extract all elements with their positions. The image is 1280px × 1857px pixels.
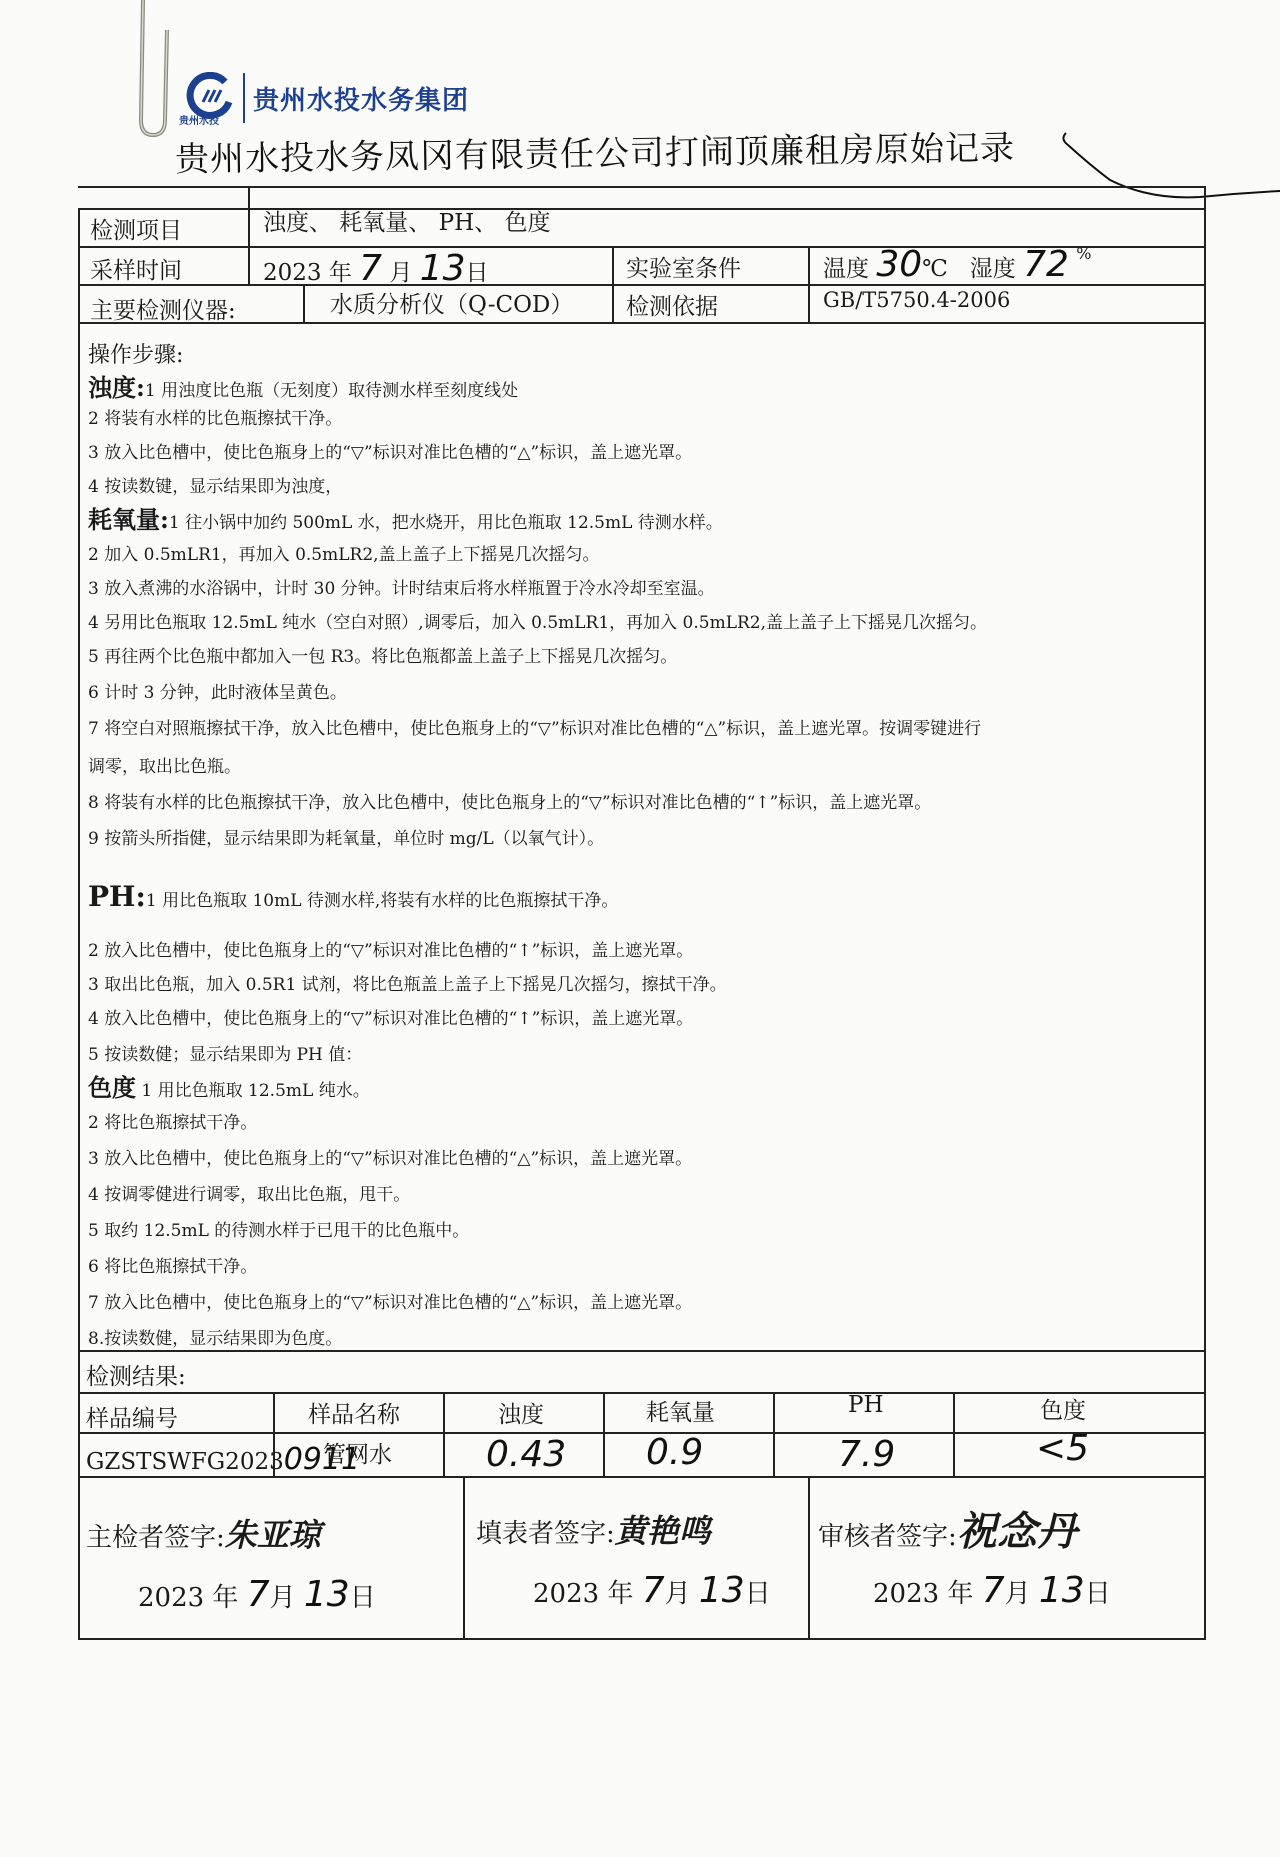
instrument-label: 主要检测仪器: — [90, 292, 236, 325]
logo-divider — [243, 73, 245, 123]
date-day: 13 — [1039, 1570, 1085, 1611]
temperature-value: 30 — [876, 244, 922, 285]
table-border — [443, 1392, 445, 1476]
temperature-unit: ℃ — [922, 256, 948, 282]
basis-value: GB/T5750.4-2006 — [823, 288, 1010, 312]
step-line: 3 取出比色瓶，加入 0.5R1 试剂，将比色瓶盖上盖子上下摇晃几次摇匀，擦拭干… — [88, 970, 727, 995]
step-line: 7 将空白对照瓶擦拭干净，放入比色槽中，使比色瓶身上的“▽”标识对准比色槽的“△… — [88, 714, 981, 739]
date-day-unit: 日 — [350, 1583, 376, 1613]
humidity-label: 湿度 — [970, 256, 1016, 282]
step-line: 8.按读数健，显示结果即为色度。 — [88, 1324, 342, 1349]
inspector-signature: 朱亚琼 — [225, 1516, 321, 1554]
step-text: 1 用比色瓶取 10mL 待测水样,将装有水样的比色瓶擦拭干净。 — [146, 891, 618, 911]
table-border — [78, 1392, 1206, 1394]
inspector-signature-block: 主检者签字:朱亚琼 — [86, 1510, 321, 1556]
company-logo: 贵州水投 贵州水投水务集团 — [185, 72, 469, 124]
col-header-sample-name: 样品名称 — [308, 1396, 400, 1429]
lab-conditions-label: 实验室条件 — [626, 250, 741, 283]
table-border — [78, 322, 1206, 324]
sampling-year: 2023 年 — [263, 260, 352, 286]
date-month: 7 — [642, 1570, 665, 1611]
oxygen-consumption-value: 0.9 — [646, 1432, 703, 1473]
step-line: 5 按读数健；显示结果即为 PH 值： — [88, 1040, 362, 1065]
table-border — [808, 1476, 810, 1638]
step-text: 1 往小锅中加约 500mL 水，把水烧开，用比色瓶取 12.5mL 待测水样。 — [169, 513, 723, 533]
step-line: 调零，取出比色瓶。 — [88, 752, 241, 777]
step-line: 4 按读数键，显示结果即为浊度， — [88, 472, 342, 497]
step-text: 1 用比色瓶取 12.5mL 纯水。 — [141, 1081, 369, 1101]
date-month: 7 — [982, 1570, 1005, 1611]
date-day-unit: 日 — [1085, 1579, 1111, 1609]
step-line: 2 将比色瓶擦拭干净。 — [88, 1108, 257, 1133]
step-line: 2 放入比色槽中，使比色瓶身上的“▽”标识对准比色槽的“↑”标识，盖上遮光罩。 — [88, 936, 693, 961]
col-header-sample-id: 样品编号 — [86, 1400, 178, 1433]
inspector-date: 2023 年 7月 13日 — [138, 1574, 376, 1615]
step-line: 色度 1 用比色瓶取 12.5mL 纯水。 — [88, 1068, 370, 1103]
logo-mark-icon: 贵州水投 — [185, 72, 237, 124]
col-header-ph: PH — [848, 1392, 884, 1418]
table-border — [808, 246, 810, 322]
date-year: 2023 年 — [138, 1583, 238, 1613]
reviewer-signature: 祝念丹 — [957, 1509, 1077, 1555]
humidity-value: 72 — [1023, 244, 1069, 285]
filler-signature-block: 填表者签字:黄艳鸣 — [476, 1506, 711, 1552]
date-month-unit: 月 — [1005, 1579, 1031, 1609]
table-border — [1204, 186, 1206, 1640]
table-row: GZSTSWFG20230911 — [86, 1442, 360, 1477]
step-line: 5 再往两个比色瓶中都加入一包 R3。将比色瓶都盖上盖子上下摇晃几次摇匀。 — [88, 642, 677, 667]
color-value: <5 — [1036, 1428, 1089, 1469]
table-border — [603, 1392, 605, 1476]
day-unit: 日 — [466, 260, 489, 286]
table-border — [248, 186, 250, 284]
step-line: 浊度:1 用浊度比色瓶（无刻度）取待测水样至刻度线处 — [88, 368, 518, 403]
date-month: 7 — [247, 1574, 270, 1615]
basis-label: 检测依据 — [626, 288, 718, 321]
date-month-unit: 月 — [270, 1583, 296, 1613]
table-border — [78, 208, 80, 1640]
sample-name: 管网水 — [323, 1436, 392, 1469]
step-line: 7 放入比色槽中，使比色瓶身上的“▽”标识对准比色槽的“△”标识，盖上遮光罩。 — [88, 1288, 692, 1313]
step-line: 2 加入 0.5mLR1，再加入 0.5mLR2,盖上盖子上下摇晃几次摇匀。 — [88, 540, 600, 565]
results-title: 检测结果: — [86, 1358, 186, 1391]
turbidity-value: 0.43 — [486, 1434, 566, 1475]
sampling-time-label: 采样时间 — [90, 252, 182, 285]
date-day: 13 — [304, 1574, 350, 1615]
step-line: 3 放入比色槽中，使比色瓶身上的“▽”标识对准比色槽的“△”标识，盖上遮光罩。 — [88, 1144, 692, 1169]
step-line: 2 将装有水样的比色瓶擦拭干净。 — [88, 404, 342, 429]
reviewer-label: 审核者签字: — [818, 1522, 957, 1552]
date-year: 2023 年 — [873, 1579, 973, 1609]
table-border — [78, 1350, 1206, 1352]
reviewer-date: 2023 年 7月 13日 — [873, 1570, 1111, 1611]
step-line: 8 将装有水样的比色瓶擦拭干净，放入比色槽中，使比色瓶身上的“▽”标识对准比色槽… — [88, 788, 931, 813]
filler-date: 2023 年 7月 13日 — [533, 1570, 771, 1611]
date-month-unit: 月 — [665, 1579, 691, 1609]
section-heading-turbidity: 浊度: — [88, 373, 145, 402]
test-items-label: 检测项目 — [90, 212, 182, 245]
col-header-color: 色度 — [1040, 1392, 1086, 1425]
section-heading-ph: PH: — [88, 880, 146, 913]
instrument-value: 水质分析仪（Q-COD） — [330, 286, 573, 319]
table-border — [463, 1476, 465, 1638]
step-line: 3 放入比色槽中，使比色瓶身上的“▽”标识对准比色槽的“△”标识，盖上遮光罩。 — [88, 438, 692, 463]
col-header-oxygen: 耗氧量 — [646, 1394, 715, 1427]
step-text: 1 用浊度比色瓶（无刻度）取待测水样至刻度线处 — [145, 381, 518, 401]
date-year: 2023 年 — [533, 1579, 633, 1609]
step-line: PH:1 用比色瓶取 10mL 待测水样,将装有水样的比色瓶擦拭干净。 — [88, 880, 618, 913]
step-line: 耗氧量:1 往小锅中加约 500mL 水，把水烧开，用比色瓶取 12.5mL 待… — [88, 500, 723, 535]
filler-signature: 黄艳鸣 — [615, 1512, 711, 1550]
section-heading-color: 色度 — [88, 1073, 136, 1102]
table-border — [303, 284, 305, 322]
sampling-month: 7 — [359, 248, 382, 289]
humidity-unit: % — [1076, 244, 1091, 263]
step-line: 4 按调零健进行调零，取出比色瓶，甩干。 — [88, 1180, 410, 1205]
temperature-label: 温度 — [823, 256, 869, 282]
reviewer-signature-block: 审核者签字:祝念丹 — [818, 1500, 1077, 1557]
table-border — [612, 246, 614, 322]
logo-small-text: 贵州水投 — [179, 112, 219, 127]
step-line: 6 计时 3 分钟，此时液体呈黄色。 — [88, 678, 347, 703]
step-line: 9 按箭头所指健，显示结果即为耗氧量，单位时 mg/L（以氧气计）。 — [88, 824, 604, 849]
step-line: 6 将比色瓶擦拭干净。 — [88, 1252, 257, 1277]
date-day: 13 — [699, 1570, 745, 1611]
test-items-value: 浊度、 耗氧量、 PH、 色度 — [263, 204, 550, 237]
procedure-title: 操作步骤: — [88, 338, 183, 369]
step-line: 5 取约 12.5mL 的待测水样于已甩干的比色瓶中。 — [88, 1216, 469, 1241]
sample-id-printed: GZSTSWFG2023 — [86, 1449, 284, 1475]
table-border — [773, 1392, 775, 1476]
ph-value: 7.9 — [838, 1434, 895, 1475]
lab-conditions-value: 温度 30℃ 湿度 72 % — [823, 244, 1091, 285]
step-line: 4 放入比色槽中，使比色瓶身上的“▽”标识对准比色槽的“↑”标识，盖上遮光罩。 — [88, 1004, 693, 1029]
document-title: 贵州水投水务凤冈有限责任公司打闹顶廉租房原始记录 — [175, 120, 1016, 181]
filler-label: 填表者签字: — [476, 1519, 615, 1549]
step-line: 4 另用比色瓶取 12.5mL 纯水（空白对照）,调零后，加入 0.5mLR1，… — [88, 608, 987, 633]
section-heading-oxygen: 耗氧量: — [88, 505, 169, 534]
sampling-time-value: 2023 年 7 月 13日 — [263, 248, 489, 289]
paperclip-icon — [135, 0, 185, 140]
logo-text: 贵州水投水务集团 — [253, 80, 469, 117]
step-line: 3 放入煮沸的水浴锅中，计时 30 分钟。计时结束后将水样瓶置于冷水冷却至室温。 — [88, 574, 715, 599]
inspector-label: 主检者签字: — [86, 1523, 225, 1553]
month-unit: 月 — [389, 260, 412, 286]
table-border — [78, 1638, 1206, 1640]
col-header-turbidity: 浊度 — [498, 1396, 544, 1429]
date-day-unit: 日 — [745, 1579, 771, 1609]
sampling-day: 13 — [420, 248, 466, 289]
pen-mark — [1040, 125, 1280, 215]
table-border — [953, 1392, 955, 1476]
